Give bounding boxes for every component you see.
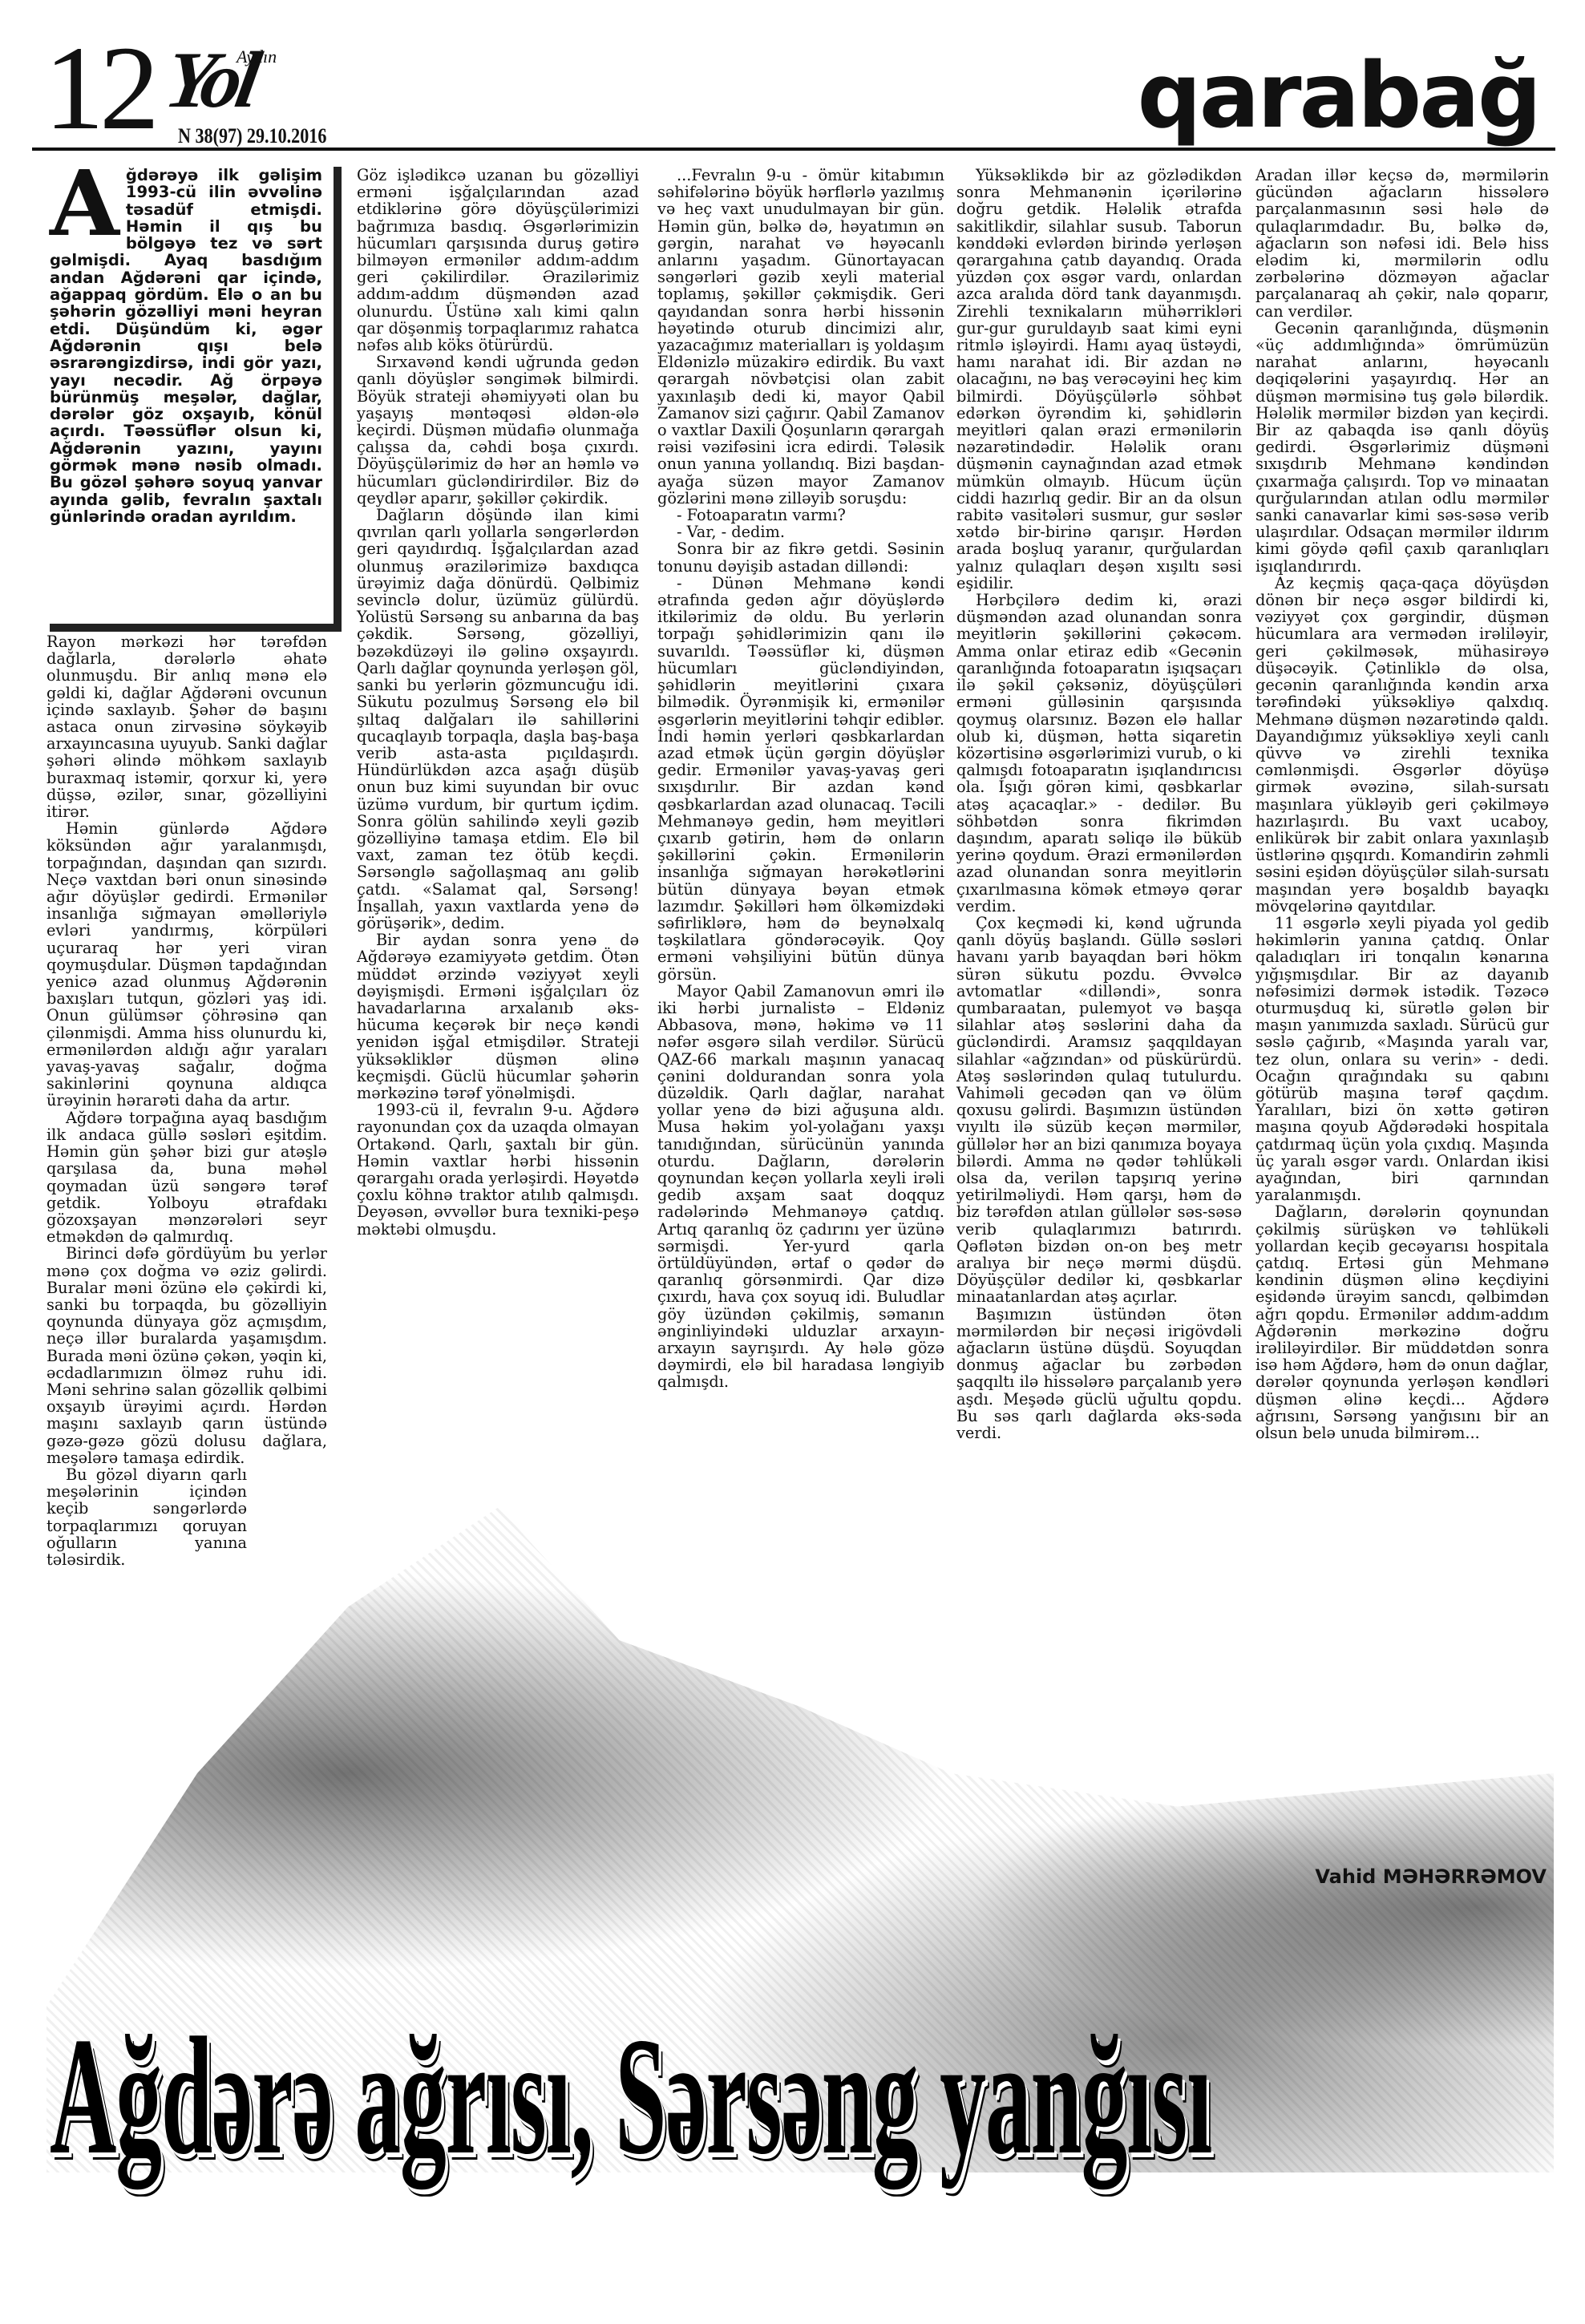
paragraph: Çox keçmədi ki, kənd uğrunda qanlı döyüş…: [956, 915, 1242, 1306]
paragraph: Rayon mərkəzi hər tərəfdən dağlarla, dər…: [46, 633, 327, 820]
article-column-2: Göz işlədikcə uzanan bu gözəlliyi erməni…: [357, 167, 639, 1238]
article-column-1: Rayon mərkəzi hər tərəfdən dağlarla, dər…: [46, 633, 327, 1568]
header-divider: [32, 148, 1555, 151]
dialogue-line: - Fotoaparatın varmı?: [657, 507, 944, 523]
paragraph: Başımızın üstündən ötən mərmilərdən bir …: [956, 1306, 1242, 1442]
paragraph: Gecənin qaranlığında, düşmənin «üç addım…: [1255, 320, 1549, 575]
paragraph: Aradan illər keçsə də, mərmilərin gücünd…: [1255, 167, 1549, 320]
paragraph: Dağların, dərələrin qoynundan çəkilmiş s…: [1255, 1203, 1549, 1441]
paragraph: Bir aydan sonra yenə də Ağdərəyə ezamiyy…: [357, 932, 639, 1101]
drop-cap: A: [50, 170, 119, 239]
article-lead: Ağdərəyə ilk gəlişim 1993-cü ilin əvvəli…: [50, 167, 322, 525]
paragraph: Az keçmiş qaça-qaça döyüşdən dönən bir n…: [1255, 575, 1549, 915]
paragraph: Ağdərə torpağına ayaq basdığım ilk andac…: [46, 1109, 327, 1246]
paragraph: Sonra bir az fikrə getdi. Səsinin tonunu…: [657, 540, 944, 574]
dialogue-line: - Dünən Mehmanə kəndi ətrafında gedən ağ…: [657, 575, 944, 983]
paragraph: Həmin günlərdə Ağdərə köksündən ağır yar…: [46, 820, 327, 1109]
paragraph: Göz işlədikcə uzanan bu gözəlliyi erməni…: [357, 167, 639, 354]
article-headline: Ağdərə ağrısı, Sərsəng yanğısı: [50, 2028, 875, 2164]
page-number: 12: [44, 32, 155, 144]
article-lead-box: Ağdərəyə ilk gəlişim 1993-cü ilin əvvəli…: [50, 167, 342, 632]
paragraph: Birinci dəfə gördüyüm bu yerlər mənə çox…: [46, 1245, 327, 1466]
newspaper-logo-subtitle: Aydın: [237, 46, 277, 67]
issue-number-date: N 38(97) 29.10.2016: [178, 124, 326, 148]
article-column-5: Aradan illər keçsə də, mərmilərin gücünd…: [1255, 167, 1549, 1441]
paragraph: Bu gözəl diyarın qarlı meşələrinin içind…: [46, 1466, 247, 1568]
article-column-4: Yüksəklikdə bir az gözlədikdən sonra Meh…: [956, 167, 1242, 1441]
paragraph: 1993-cü il, fevralın 9-u. Ağdərə rayonun…: [357, 1101, 639, 1238]
article-column-3: ...Fevralın 9-u - ömür kitabımın səhifəl…: [657, 167, 944, 1391]
dialogue-line: - Var, - dedim.: [657, 523, 944, 540]
paragraph: Sırxavənd kəndi uğrunda gedən qanlı döyü…: [357, 354, 639, 507]
paragraph: Mayor Qabil Zamanovun əmri ilə iki hərbi…: [657, 983, 944, 1391]
paragraph: Dağların döşündə ilan kimi qıvrılan qarl…: [357, 507, 639, 932]
masthead: 12 Yol Aydın N 38(97) 29.10.2016 qarabağ: [32, 16, 1547, 148]
paragraph: Hərbçilərə dedim ki, ərazi düşməndən aza…: [956, 592, 1242, 915]
paragraph: 11 əsgərlə xeyli piyada yol gedib həkiml…: [1255, 915, 1549, 1203]
paragraph: ...Fevralın 9-u - ömür kitabımın səhifəl…: [657, 167, 944, 507]
paragraph: Yüksəklikdə bir az gözlədikdən sonra Meh…: [956, 167, 1242, 592]
author-byline: Vahid MƏHƏRRƏMOV: [1315, 1865, 1547, 1888]
section-title: qarabağ: [1138, 44, 1539, 148]
